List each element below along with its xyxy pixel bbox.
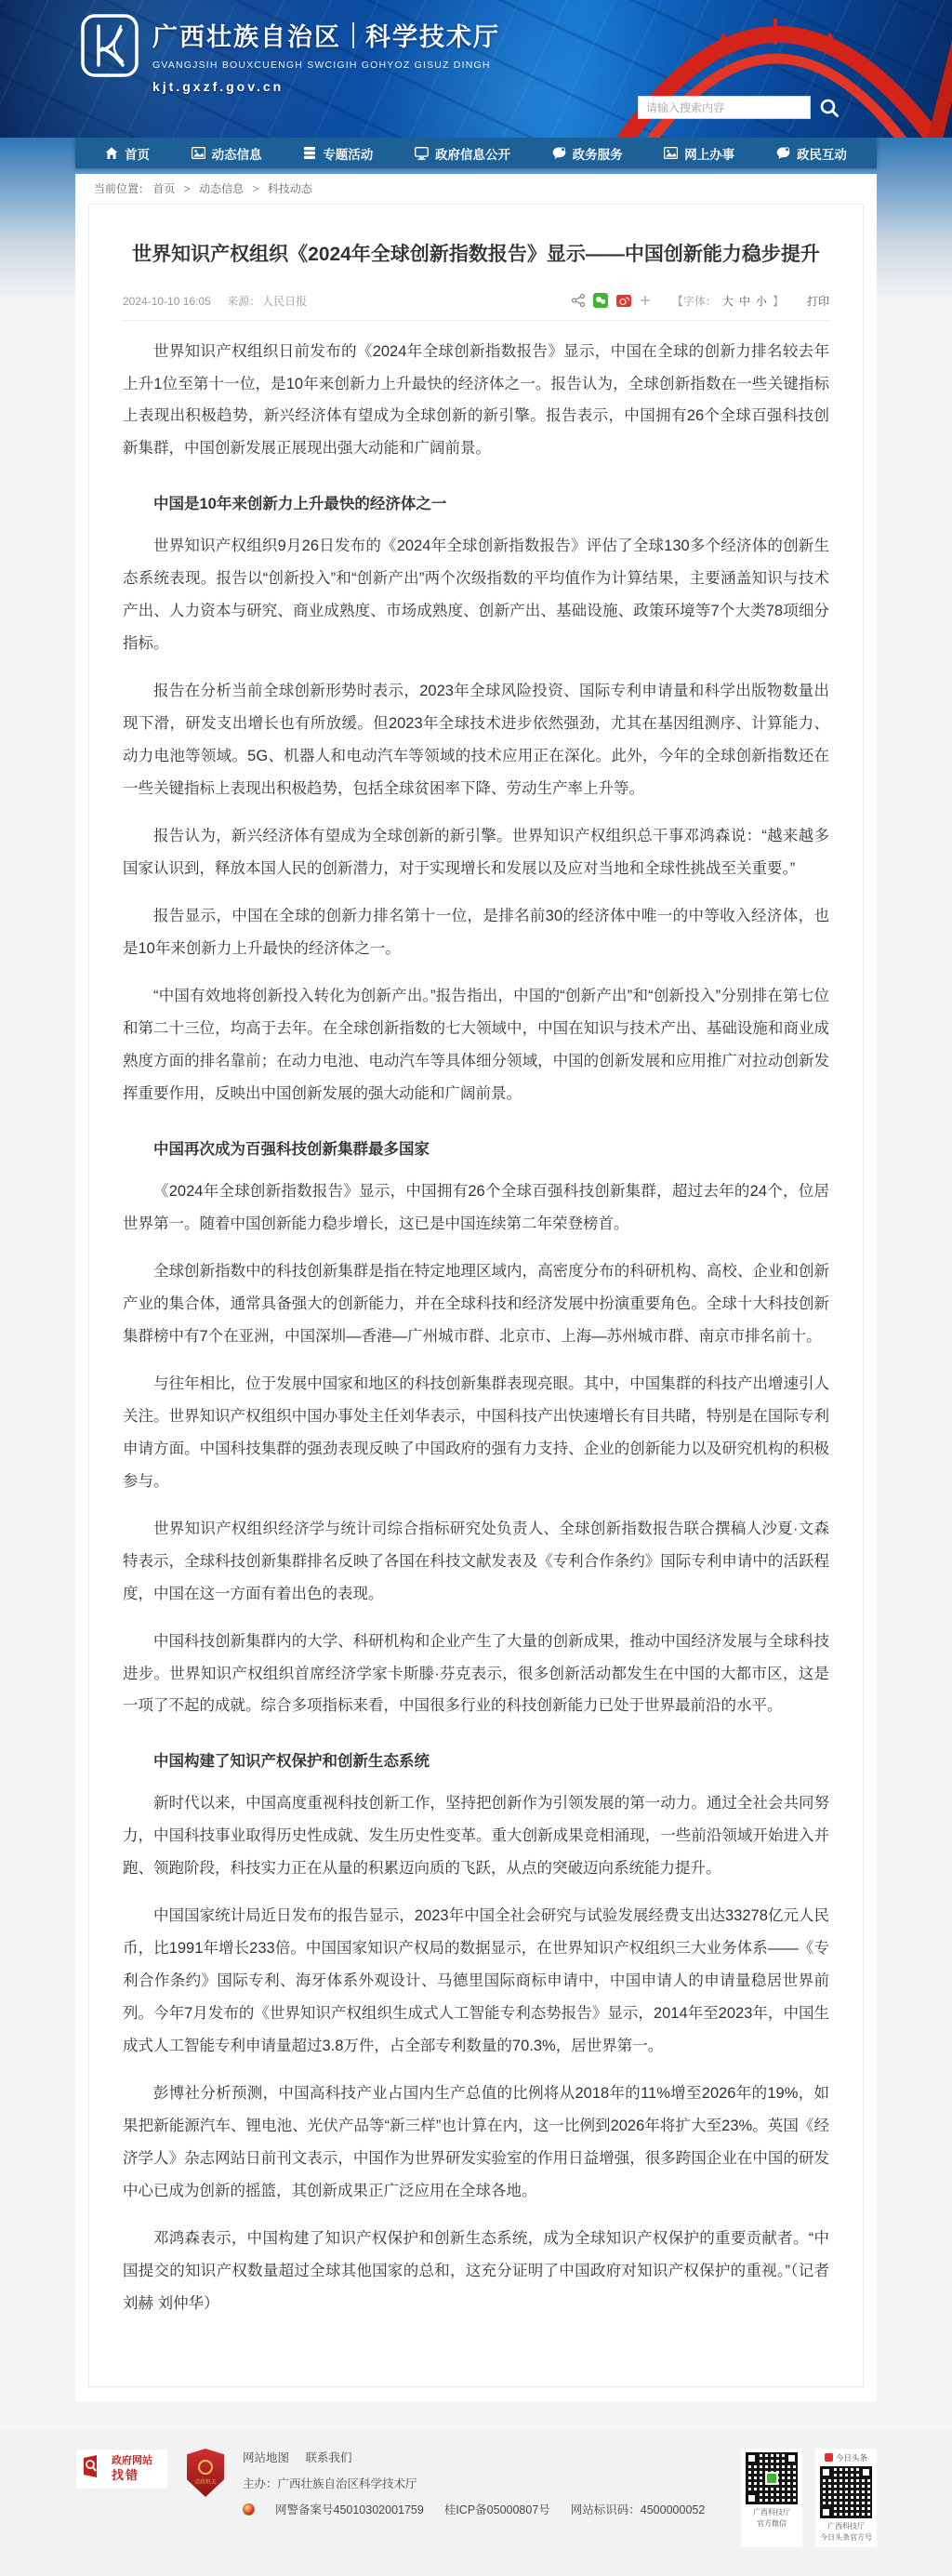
shield-emblem-icon: [198, 2460, 213, 2475]
font-size-label-close: 】: [773, 293, 784, 309]
article-date: 2024-10-10 16:05: [123, 295, 211, 308]
archive-icon: [303, 147, 316, 159]
print-button[interactable]: 打印: [807, 293, 829, 309]
qr-toutiao-tag: 今日头条: [836, 2452, 867, 2463]
breadcrumb-prefix: 当前位置：: [94, 182, 150, 195]
article-paragraph: 中国科技创新集群内的大学、科研机构和企业产生了大量的创新成果，推动中国经济发展与…: [123, 1626, 829, 1723]
nav-label: 政府信息公开: [435, 144, 510, 163]
search-bar: [638, 96, 840, 119]
main-nav: 首页 动态信息 专题活动 政府信息公开 政务服务: [75, 138, 877, 168]
site-title-divider: [352, 22, 354, 48]
gov-site-error-badge[interactable]: 政府网站 找错: [75, 2449, 168, 2490]
article-meta: 2024-10-10 16:05 来源：人民日报: [123, 293, 829, 321]
share-icon[interactable]: [572, 294, 585, 307]
footer-link-contact[interactable]: 联系我们: [306, 2451, 352, 2464]
police-badge-icon: [243, 2503, 255, 2516]
nav-item-interaction[interactable]: 政民互动: [776, 144, 847, 163]
qr-wechat: 广西科技厅 官方微信: [741, 2449, 802, 2547]
article-panel: 世界知识产权组织《2024年全球创新指数报告》显示——中国创新能力稳步提升 20…: [88, 204, 864, 2387]
article-paragraph: 世界知识产权组织日前发布的《2024年全球创新指数报告》显示，中国在全球的创新力…: [123, 336, 829, 466]
section-heading: 中国构建了知识产权保护和创新生态系统: [123, 1748, 829, 1771]
breadcrumb-news[interactable]: 动态信息: [199, 182, 244, 195]
article-paragraph: 彭博社分析预测，中国高科技产业占国内生产总值的比例将从2018年的11%增至20…: [123, 2078, 829, 2208]
breadcrumb-separator: >: [252, 182, 258, 195]
article-paragraph: 世界知识产权组织9月26日发布的《2024年全球创新指数报告》评估了全球130多…: [123, 530, 829, 660]
nav-label: 网上办事: [684, 144, 734, 163]
site-title-region: 广西壮族自治区: [152, 17, 341, 53]
nav-label: 动态信息: [212, 144, 262, 163]
section-heading: 中国是10年来创新力上升最快的经济体之一: [123, 491, 829, 513]
breadcrumb-current[interactable]: 科技动态: [268, 182, 312, 195]
footer-police-filing: 网警备案号45010302001759: [275, 2501, 424, 2519]
site-title-dept: 科学技术厅: [365, 17, 500, 53]
nav-label: 政务服务: [573, 144, 623, 163]
nav-label: 首页: [125, 144, 150, 163]
footer-link-sitemap[interactable]: 网站地图: [243, 2451, 289, 2464]
font-size-small[interactable]: 小: [756, 293, 767, 309]
toutiao-logo-icon: [825, 2453, 833, 2462]
qr-toutiao: 今日头条 广西科技厅 今日头条官方号: [815, 2449, 877, 2547]
image-icon: [192, 147, 205, 159]
search-icon[interactable]: [818, 97, 840, 119]
breadcrumb-home[interactable]: 首页: [152, 182, 175, 195]
breadcrumb-separator: >: [184, 182, 191, 195]
article-paragraph: 邓鸿森表示，中国构建了知识产权保护和创新生态系统，成为全球知识产权保护的重要贡献…: [123, 2223, 829, 2320]
wechat-logo-icon: [765, 2472, 778, 2485]
qr-wechat-caption-2: 官方微信: [744, 2518, 800, 2530]
article-body: 世界知识产权组织日前发布的《2024年全球创新指数报告》显示，中国在全球的创新力…: [123, 336, 829, 2320]
weibo-share-icon[interactable]: [616, 295, 631, 307]
toutiao-qr-code: [820, 2466, 872, 2518]
wechat-share-icon[interactable]: [593, 293, 608, 308]
site-subtitle-zhuang: GVANGJSIH BOUXCUENGH SWCIGIH GOHYOZ GISU…: [152, 60, 500, 71]
nav-item-services[interactable]: 政务服务: [552, 144, 623, 163]
nav-item-news[interactable]: 动态信息: [192, 144, 262, 163]
nav-label: 政民互动: [797, 144, 847, 163]
article-paragraph: 中国国家统计局近日发布的报告显示，2023年中国全社会研究与试验发展经费支出达3…: [123, 1900, 829, 2063]
qr-toutiao-caption-1: 广西科技厅: [818, 2521, 874, 2532]
nav-item-topics[interactable]: 专题活动: [303, 144, 373, 163]
article-title: 世界知识产权组织《2024年全球创新指数报告》显示——中国创新能力稳步提升: [132, 240, 820, 271]
site-banner: 广西壮族自治区 科学技术厅 GVANGJSIH BOUXCUENGH SWCIG…: [0, 0, 952, 138]
article-paragraph: 世界知识产权组织经济学与统计司综合指标研究处负责人、全球创新指数报告联合撰稿人沙…: [123, 1513, 829, 1611]
article-paragraph: “中国有效地将创新投入转化为创新产出。”报告指出，中国的“创新产出”和“创新投入…: [123, 980, 829, 1110]
article-paragraph: 与往年相比，位于发展中国家和地区的科技创新集群表现亮眼。其中，中国集群的科技产出…: [123, 1368, 829, 1498]
article-paragraph: 报告在分析当前全球创新形势时表示，2023年全球风险投资、国际专利申请量和科学出…: [123, 675, 829, 805]
shield-label: 党政机关: [194, 2477, 216, 2485]
font-size-control: 【字体： 大 中 小 】: [672, 293, 784, 309]
error-badge-line1: 政府网站: [112, 2455, 152, 2468]
more-share-icon[interactable]: [640, 295, 651, 306]
monitor-icon: [415, 147, 429, 160]
qr-toutiao-caption-2: 今日头条官方号: [818, 2532, 874, 2543]
site-url: kjt.gxzf.gov.cn: [152, 79, 500, 94]
nav-item-home[interactable]: 首页: [105, 144, 150, 163]
font-size-medium[interactable]: 中: [739, 293, 750, 309]
wechat-qr-code: [746, 2452, 798, 2504]
article-paragraph: 全球创新指数中的科技创新集群是指在特定地理区域内，高密度分布的科研机构、高校、企…: [123, 1255, 829, 1353]
error-magnifier-icon: [82, 2454, 106, 2483]
site-title: 广西壮族自治区 科学技术厅: [152, 17, 500, 53]
page-footer: 政府网站 找错 党政机关 网站地图 联系我们 主办：广西壮族自治区科学技术厅: [0, 2428, 952, 2575]
footer-icp-filing[interactable]: 桂ICP备05000807号: [444, 2501, 550, 2519]
chat-icon: [776, 147, 790, 160]
footer-host-label: 主办：: [243, 2477, 278, 2490]
party-gov-shield-badge[interactable]: 党政机关: [187, 2449, 224, 2497]
article-source: 人民日报: [262, 295, 307, 308]
qr-wechat-caption-1: 广西科技厅: [744, 2507, 800, 2518]
site-logo[interactable]: [80, 13, 139, 83]
content-container: 当前位置： 首页 > 动态信息 > 科技动态 世界知识产权组织《2024年全球创…: [75, 174, 877, 2402]
error-badge-line2: 找错: [112, 2468, 152, 2483]
page-background: 首页 动态信息 专题活动 政府信息公开 政务服务: [0, 138, 952, 2576]
chat-icon: [552, 147, 566, 160]
breadcrumb: 当前位置： 首页 > 动态信息 > 科技动态: [75, 174, 877, 204]
nav-item-gov-info[interactable]: 政府信息公开: [415, 144, 510, 163]
search-input[interactable]: [638, 96, 811, 119]
nav-item-online[interactable]: 网上办事: [664, 144, 734, 163]
footer-site-id: 网站标识码：4500000052: [571, 2501, 706, 2519]
article-paragraph: 报告显示，中国在全球的创新力排名第十一位，是排名前30的经济体中唯一的中等收入经…: [123, 900, 829, 965]
font-size-label: 【字体：: [672, 293, 717, 309]
home-icon: [105, 147, 118, 160]
font-size-large[interactable]: 大: [722, 293, 734, 309]
article-source-label: 来源：: [227, 295, 260, 308]
article-paragraph: 新时代以来，中国高度重视科技创新工作，坚持把创新作为引领发展的第一动力。通过全社…: [123, 1787, 829, 1885]
footer-host-name: 广西壮族自治区科学技术厅: [278, 2477, 417, 2490]
article-paragraph: 报告认为，新兴经济体有望成为全球创新的新引擎。世界知识产权组织总干事邓鸿森说：“…: [123, 820, 829, 885]
image-icon: [664, 147, 678, 159]
nav-label: 专题活动: [323, 144, 373, 163]
article-paragraph: 《2024年全球创新指数报告》显示，中国拥有26个全球百强科技创新集群，超过去年…: [123, 1175, 829, 1241]
section-heading: 中国再次成为百强科技创新集群最多国家: [123, 1136, 829, 1159]
